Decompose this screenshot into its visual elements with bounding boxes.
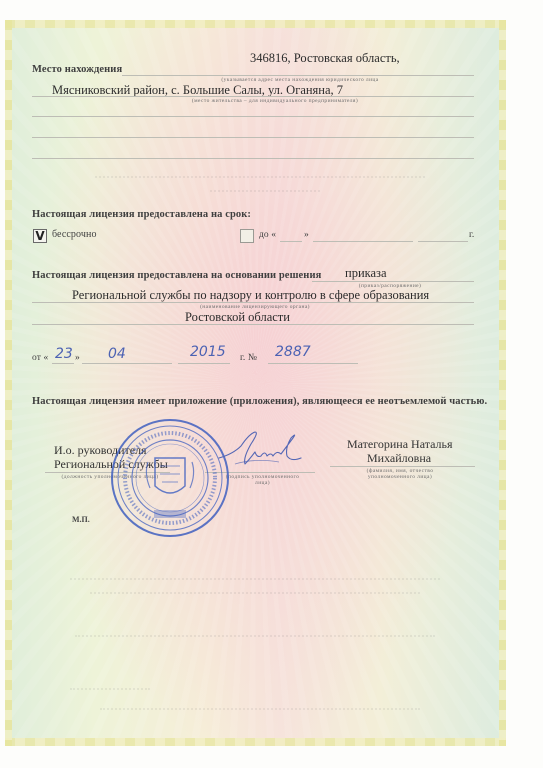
showthrough-line <box>70 578 440 580</box>
blank-rule-1 <box>32 116 474 117</box>
blank-rule-2 <box>32 137 474 138</box>
location-label: Место нахождения <box>32 64 122 75</box>
until-quote-close: » <box>304 230 309 240</box>
until-year-suffix: г. <box>469 230 474 240</box>
until-day-field[interactable] <box>280 241 302 242</box>
order-number-prefix: г. № <box>240 353 257 363</box>
guilloche-border-bottom <box>5 738 506 746</box>
guilloche-border-right <box>499 20 506 746</box>
showthrough-line <box>210 190 320 192</box>
unlimited-checkbox[interactable]: V <box>33 229 47 243</box>
guilloche-border-left <box>5 20 12 746</box>
name-rule <box>330 466 475 467</box>
authority-line-1: Региональной службы по надзору и контрол… <box>72 288 429 303</box>
appendix-note: Настоящая лицензия имеет приложение (при… <box>32 396 487 407</box>
showthrough-line <box>100 708 420 710</box>
order-number-rule <box>268 363 358 364</box>
order-year: 2015 <box>190 344 226 360</box>
until-year-field[interactable] <box>418 241 468 242</box>
decision-type: приказа <box>345 266 387 281</box>
showthrough-serial <box>70 688 150 690</box>
showthrough-line <box>95 176 425 178</box>
order-number: 2887 <box>275 344 311 360</box>
until-month-field[interactable] <box>313 241 413 242</box>
order-quote-close: » <box>75 353 80 363</box>
until-prefix: до « <box>259 230 276 240</box>
decision-type-rule <box>312 281 474 282</box>
unlimited-label: бессрочно <box>52 229 97 240</box>
signatory-name-1: Матегорина Наталья <box>347 437 453 452</box>
order-day-rule <box>52 363 74 364</box>
official-seal-icon <box>110 418 230 538</box>
seal-label: М.П. <box>72 515 90 524</box>
term-label: Настоящая лицензия предоставлена на срок… <box>32 209 251 220</box>
signatory-name-2: Михайловна <box>367 451 431 466</box>
order-prefix: от « <box>32 353 48 363</box>
until-date-checkbox[interactable] <box>240 229 254 243</box>
showthrough-line <box>90 592 420 594</box>
location-rule-1 <box>122 75 474 76</box>
location-line-1: 346816, Ростовская область, <box>250 51 400 66</box>
order-month-rule <box>82 363 172 364</box>
blank-rule-3 <box>32 158 474 159</box>
location-rule-2 <box>32 96 474 97</box>
license-sheet <box>5 20 506 746</box>
order-year-rule <box>178 363 230 364</box>
authority-rule-1 <box>32 302 474 303</box>
order-day: 23 <box>55 346 73 362</box>
showthrough-line <box>75 635 435 637</box>
name-caption: (фамилия, имя, отчество уполномоченного … <box>350 468 450 480</box>
authority-line-2: Ростовской области <box>185 310 290 325</box>
authority-rule-2 <box>32 324 474 325</box>
check-mark-icon: V <box>35 230 44 242</box>
order-month: 04 <box>108 346 126 362</box>
location-caption-2: (место жительства – для индивидуального … <box>150 98 400 104</box>
basis-label: Настоящая лицензия предоставлена на осно… <box>32 270 321 281</box>
signature-icon <box>215 428 305 476</box>
guilloche-border-top <box>5 20 506 28</box>
